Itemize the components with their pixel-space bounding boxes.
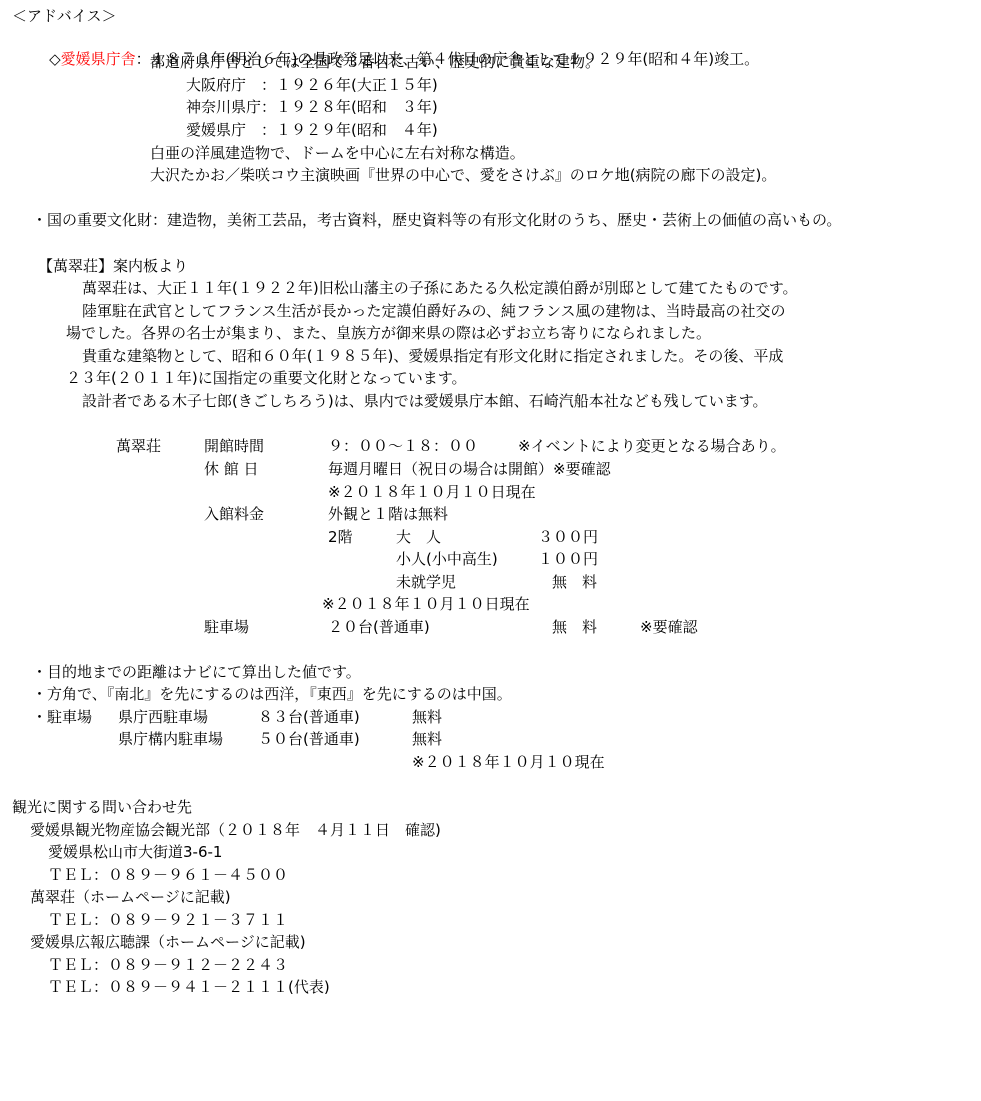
note-line: ・目的地までの距離はナビにて算出した値です。 <box>32 662 361 682</box>
fee-price: 無 料 <box>552 572 597 592</box>
parking-section-label: ・駐車場 <box>32 707 92 727</box>
parking-value: ２０台(普通車) <box>328 617 430 637</box>
office-note: 都道府県庁舎としては全国で３番目に古い、歴史的に貴重な建物。 <box>150 52 600 72</box>
contact-tel[interactable]: ＴＥＬ：０８９－９６１－４５００ <box>48 865 288 885</box>
hours-value: ９：００～１８：００ <box>328 436 478 456</box>
fee-free: 外観と１階は無料 <box>328 504 448 524</box>
parking-lot-name: 県庁西駐車場 <box>118 707 208 727</box>
bansuiso-heading: 【萬翠荘】案内板より <box>38 256 188 276</box>
parking-lot-capacity: ５０台(普通車) <box>258 729 360 749</box>
bansuiso-line: 貴重な建築物として、昭和６０年(１９８５年)、愛媛県指定有形文化財に指定されまし… <box>82 346 783 366</box>
fee-label: 入館料金 <box>204 504 264 524</box>
contact-address: 愛媛県松山市大街道3-6-1 <box>48 842 222 862</box>
contact-tel[interactable]: ＴＥＬ：０８９－９２１－３７１１ <box>48 910 288 930</box>
fee-price: １００円 <box>538 549 598 569</box>
contact-org: 愛媛県広報広聴課（ホームページに記載) <box>30 932 306 952</box>
closed-label: 休 館 日 <box>204 459 259 479</box>
fee-asof: ※２０１８年１０月１０日現在 <box>322 594 530 614</box>
colon: ： <box>136 50 151 68</box>
diamond-bullet-icon: ◇ <box>49 50 61 68</box>
cultural-property-note: ・国の重要文化財：建造物，美術工芸品，考古資料，歴史資料等の有形文化財のうち、歴… <box>32 210 841 230</box>
bansuiso-line: ２３年(２０１１年)に国指定の重要文化財となっています。 <box>66 368 467 388</box>
parking-price: 無 料 <box>552 617 597 637</box>
contact-org: 萬翠荘（ホームページに記載) <box>30 887 231 907</box>
advice-heading: ＜アドバイス＞ <box>12 6 117 26</box>
office-film-location: 大沢たかお／柴咲コウ主演映画『世界の中心で、愛をさけぶ』のロケ地(病院の廊下の設… <box>150 165 776 185</box>
fee-price: ３００円 <box>538 527 598 547</box>
contacts-heading: 観光に関する問い合わせ先 <box>12 797 192 817</box>
parking-label: 駐車場 <box>204 617 249 637</box>
prefecture-office-name: 愛媛県庁舎 <box>61 50 136 68</box>
fee-category: 大 人 <box>396 527 441 547</box>
prefecture-office-line: ◇愛媛県庁舎：１８７３年(明治６年)の県政発足以来、第４代目の庁舎として１９２９… <box>30 29 759 49</box>
parking-lot-price: 無料 <box>412 707 442 727</box>
hours-note: ※イベントにより変更となる場合あり。 <box>518 436 786 456</box>
bansuiso-line: 陸軍駐在武官としてフランス生活が長かった定謨伯爵好みの、純フランス風の建物は、当… <box>82 301 786 321</box>
office-architecture: 白亜の洋風建造物で、ドームを中心に左右対称な構造。 <box>150 143 525 163</box>
comparison-kanagawa: 神奈川県庁：１９２８年(昭和 ３年) <box>186 97 438 117</box>
note-line: ・方角で、『南北』を先にするのは西洋，『東西』を先にするのは中国。 <box>32 684 512 704</box>
facility-name: 萬翠荘 <box>116 436 161 456</box>
bansuiso-line: 設計者である木子七郎(きごしちろう)は、県内では愛媛県庁本館、石崎汽船本社なども… <box>82 391 768 411</box>
comparison-osaka: 大阪府庁 ：１９２６年(大正１５年) <box>186 75 438 95</box>
closed-asof: ※２０１８年１０月１０日現在 <box>328 482 536 502</box>
parking-lot-capacity: ８３台(普通車) <box>258 707 360 727</box>
fee-category: 未就学児 <box>396 572 456 592</box>
hours-label: 開館時間 <box>204 436 264 456</box>
closed-value: 毎週月曜日（祝日の場合は開館）※要確認 <box>328 459 611 479</box>
bansuiso-line: 萬翠荘は、大正１１年(１９２２年)旧松山藩主の子孫にあたる久松定謨伯爵が別邸とし… <box>82 278 798 298</box>
comparison-ehime: 愛媛県庁 ：１９２９年(昭和 ４年) <box>186 120 438 140</box>
contact-tel[interactable]: ＴＥＬ：０８９－９４１－２１１１(代表) <box>48 977 330 997</box>
parking-lot-price: 無料 <box>412 729 442 749</box>
contact-tel[interactable]: ＴＥＬ：０８９－９１２－２２４３ <box>48 955 288 975</box>
fee-floor: 2階 <box>328 527 353 547</box>
contact-org: 愛媛県観光物産協会観光部（２０１８年 ４月１１日 確認) <box>30 820 441 840</box>
parking-lot-name: 県庁構内駐車場 <box>118 729 223 749</box>
fee-category: 小人(小中高生) <box>396 549 498 569</box>
parking-asof: ※２０１８年１０月１０現在 <box>412 752 605 772</box>
parking-note: ※要確認 <box>640 617 698 637</box>
bansuiso-line: 場でした。各界の名士が集まり、また、皇族方が御来県の際は必ずお立ち寄りになられま… <box>66 323 711 343</box>
